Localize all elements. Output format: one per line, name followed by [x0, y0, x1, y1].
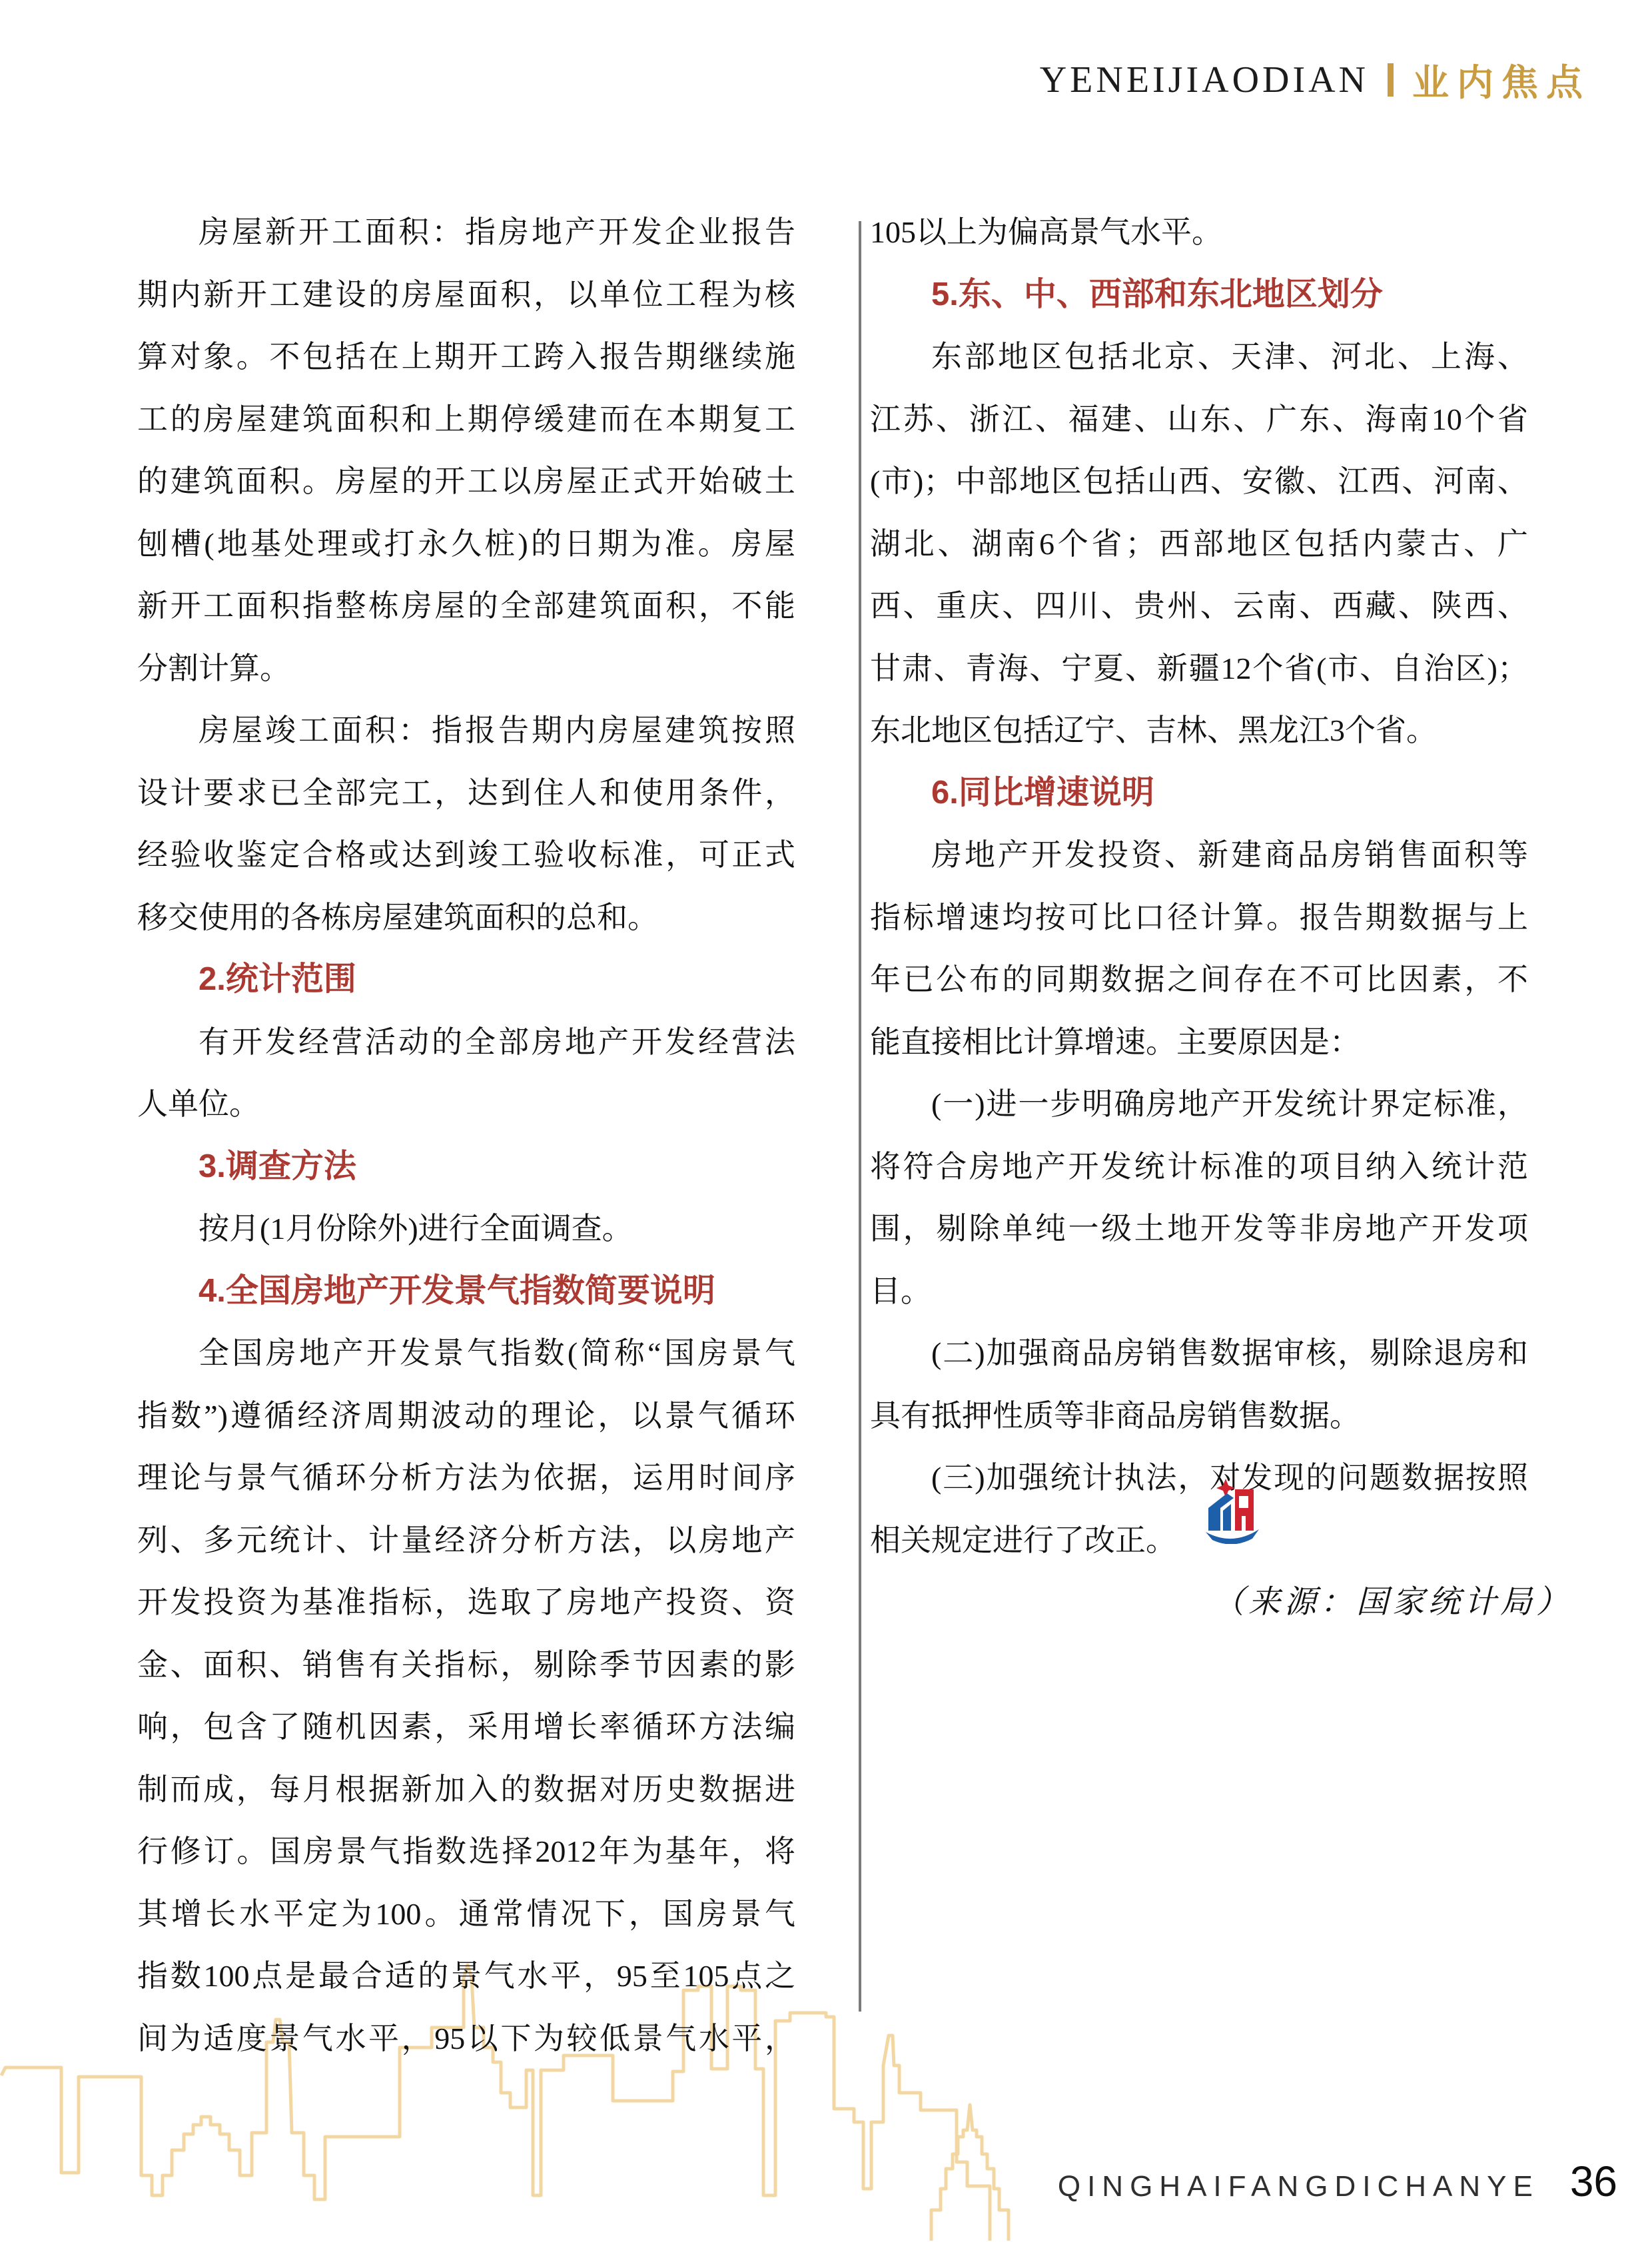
header-cn-title: 业内焦点 [1412, 53, 1591, 106]
section-heading: 4.全国房地产开发景气指数简要说明 [137, 1260, 795, 1323]
text-line: 按月(1月份除外)进行全面调查。 [137, 1198, 795, 1260]
footer-journal: QINGHAIFANGDICHANYE [1058, 2170, 1539, 2203]
blue-building-inner [1223, 1504, 1231, 1531]
text-line: 能直接相比计算增速。主要原因是： [870, 1011, 1528, 1074]
text-line: 工的房屋建筑面积和上期停缓建而在本期复工 [137, 388, 795, 451]
header-separator-bar [1388, 63, 1394, 97]
section-heading: 6.同比增速说明 [870, 762, 1528, 825]
text-line: 相关规定进行了改正。 [870, 1509, 1528, 1572]
text-line: 指数100点是最合适的景气水平，95至105点之 [137, 1945, 795, 2008]
text-line: 目。 [870, 1260, 1528, 1323]
statistics-bureau-logo [1204, 1477, 1262, 1544]
section-heading: 2.统计范围 [137, 948, 795, 1011]
boat-icon [1206, 1529, 1259, 1544]
text-line: 其增长水平定为100。通常情况下，国房景气 [137, 1883, 795, 1946]
text-line: (二)加强商品房销售数据审核，剔除退房和 [870, 1322, 1528, 1385]
text-line: 全国房地产开发景气指数(简称“国房景气 [137, 1322, 795, 1385]
text-line: 湖北、湖南6个省；西部地区包括内蒙古、广 [870, 513, 1528, 575]
text-line: 将符合房地产开发统计标准的项目纳入统计范 [870, 1136, 1528, 1198]
text-line: 刨槽(地基处理或打永久桩)的日期为准。房屋 [137, 513, 795, 575]
page-header: YENEIJIAODIAN 业内焦点 [1040, 53, 1591, 106]
text-line: 金、面积、销售有关指标，剔除季节因素的影 [137, 1634, 795, 1696]
text-line: 移交使用的各栋房屋建筑面积的总和。 [137, 887, 795, 949]
page-footer: QINGHAIFANGDICHANYE 36 [1058, 2157, 1617, 2206]
text-line: 期内新开工建设的房屋面积，以单位工程为核 [137, 264, 795, 326]
text-line: 指数”)遵循经济周期波动的理论，以景气循环 [137, 1385, 795, 1447]
text-line: 东部地区包括北京、天津、河北、上海、 [870, 326, 1528, 388]
red-building-icon [1235, 1489, 1254, 1531]
header-latin-title: YENEIJIAODIAN [1040, 59, 1369, 101]
text-line: 行修订。国房景气指数选择2012年为基年，将 [137, 1820, 795, 1883]
right-column: 105以上为偏高景气水平。5.东、中、西部和东北地区划分东部地区包括北京、天津、… [870, 201, 1528, 1634]
text-line: 房屋竣工面积：指报告期内房屋建筑按照 [137, 699, 795, 762]
text-line: 甘肃、青海、宁夏、新疆12个省(市、自治区)； [870, 637, 1528, 700]
text-line: 房屋新开工面积：指房地产开发企业报告 [137, 201, 795, 264]
text-line: 有开发经营活动的全部房地产开发经营法 [137, 1011, 795, 1074]
text-line: 江苏、浙江、福建、山东、广东、海南10个省 [870, 388, 1528, 451]
text-line: 算对象。不包括在上期开工跨入报告期继续施 [137, 326, 795, 388]
column-divider [859, 221, 861, 2012]
text-line: 房地产开发投资、新建商品房销售面积等 [870, 824, 1528, 887]
text-line: 间为适度景气水平，95以下为较低景气水平， [137, 2008, 795, 2070]
text-line: 新开工面积指整栋房屋的全部建筑面积，不能 [137, 575, 795, 637]
text-line: 具有抵押性质等非商品房销售数据。 [870, 1385, 1528, 1447]
text-line: (三)加强统计执法，对发现的问题数据按照 [870, 1447, 1528, 1509]
text-line: (一)进一步明确房地产开发统计界定标准， [870, 1073, 1528, 1136]
section-heading: 5.东、中、西部和东北地区划分 [870, 264, 1528, 326]
text-line: 经验收鉴定合格或达到竣工验收标准，可正式 [137, 824, 795, 887]
text-line: 指标增速均按可比口径计算。报告期数据与上 [870, 887, 1528, 949]
text-line: 制而成，每月根据新加入的数据对历史数据进 [137, 1758, 795, 1821]
footer-page-number: 36 [1570, 2157, 1617, 2206]
text-line: 105以上为偏高景气水平。 [870, 201, 1528, 264]
text-line: (市)；中部地区包括山西、安徽、江西、河南、 [870, 450, 1528, 513]
left-column: 房屋新开工面积：指房地产开发企业报告期内新开工建设的房屋面积，以单位工程为核算对… [137, 201, 795, 2069]
text-line: 设计要求已全部完工，达到住人和使用条件， [137, 762, 795, 825]
text-line: 响，包含了随机因素，采用增长率循环方法编 [137, 1696, 795, 1758]
section-heading: 3.调查方法 [137, 1136, 795, 1198]
text-line: 分割计算。 [137, 637, 795, 700]
text-line: 的建筑面积。房屋的开工以房屋正式开始破土 [137, 450, 795, 513]
text-line: 围，剔除单纯一级土地开发等非房地产开发项 [870, 1198, 1528, 1260]
text-line: 理论与景气循环分析方法为依据，运用时间序 [137, 1447, 795, 1509]
pagoda-path [931, 2105, 1009, 2241]
text-line: 开发投资为基准指标，选取了房地产投资、资 [137, 1571, 795, 1634]
text-line: 年已公布的同期数据之间存在不可比因素，不 [870, 948, 1528, 1011]
text-line: 列、多元统计、计量经济分析方法，以房地产 [137, 1509, 795, 1572]
text-line: 东北地区包括辽宁、吉林、黑龙江3个省。 [870, 699, 1528, 762]
magazine-page: YENEIJIAODIAN 业内焦点 房屋新开工面积：指房地产开发企业报告期内新… [0, 0, 1652, 2242]
text-line: 人单位。 [137, 1073, 795, 1136]
source-attribution: （来源：国家统计局） [870, 1571, 1572, 1634]
text-line: 西、重庆、四川、贵州、云南、西藏、陕西、 [870, 575, 1528, 637]
